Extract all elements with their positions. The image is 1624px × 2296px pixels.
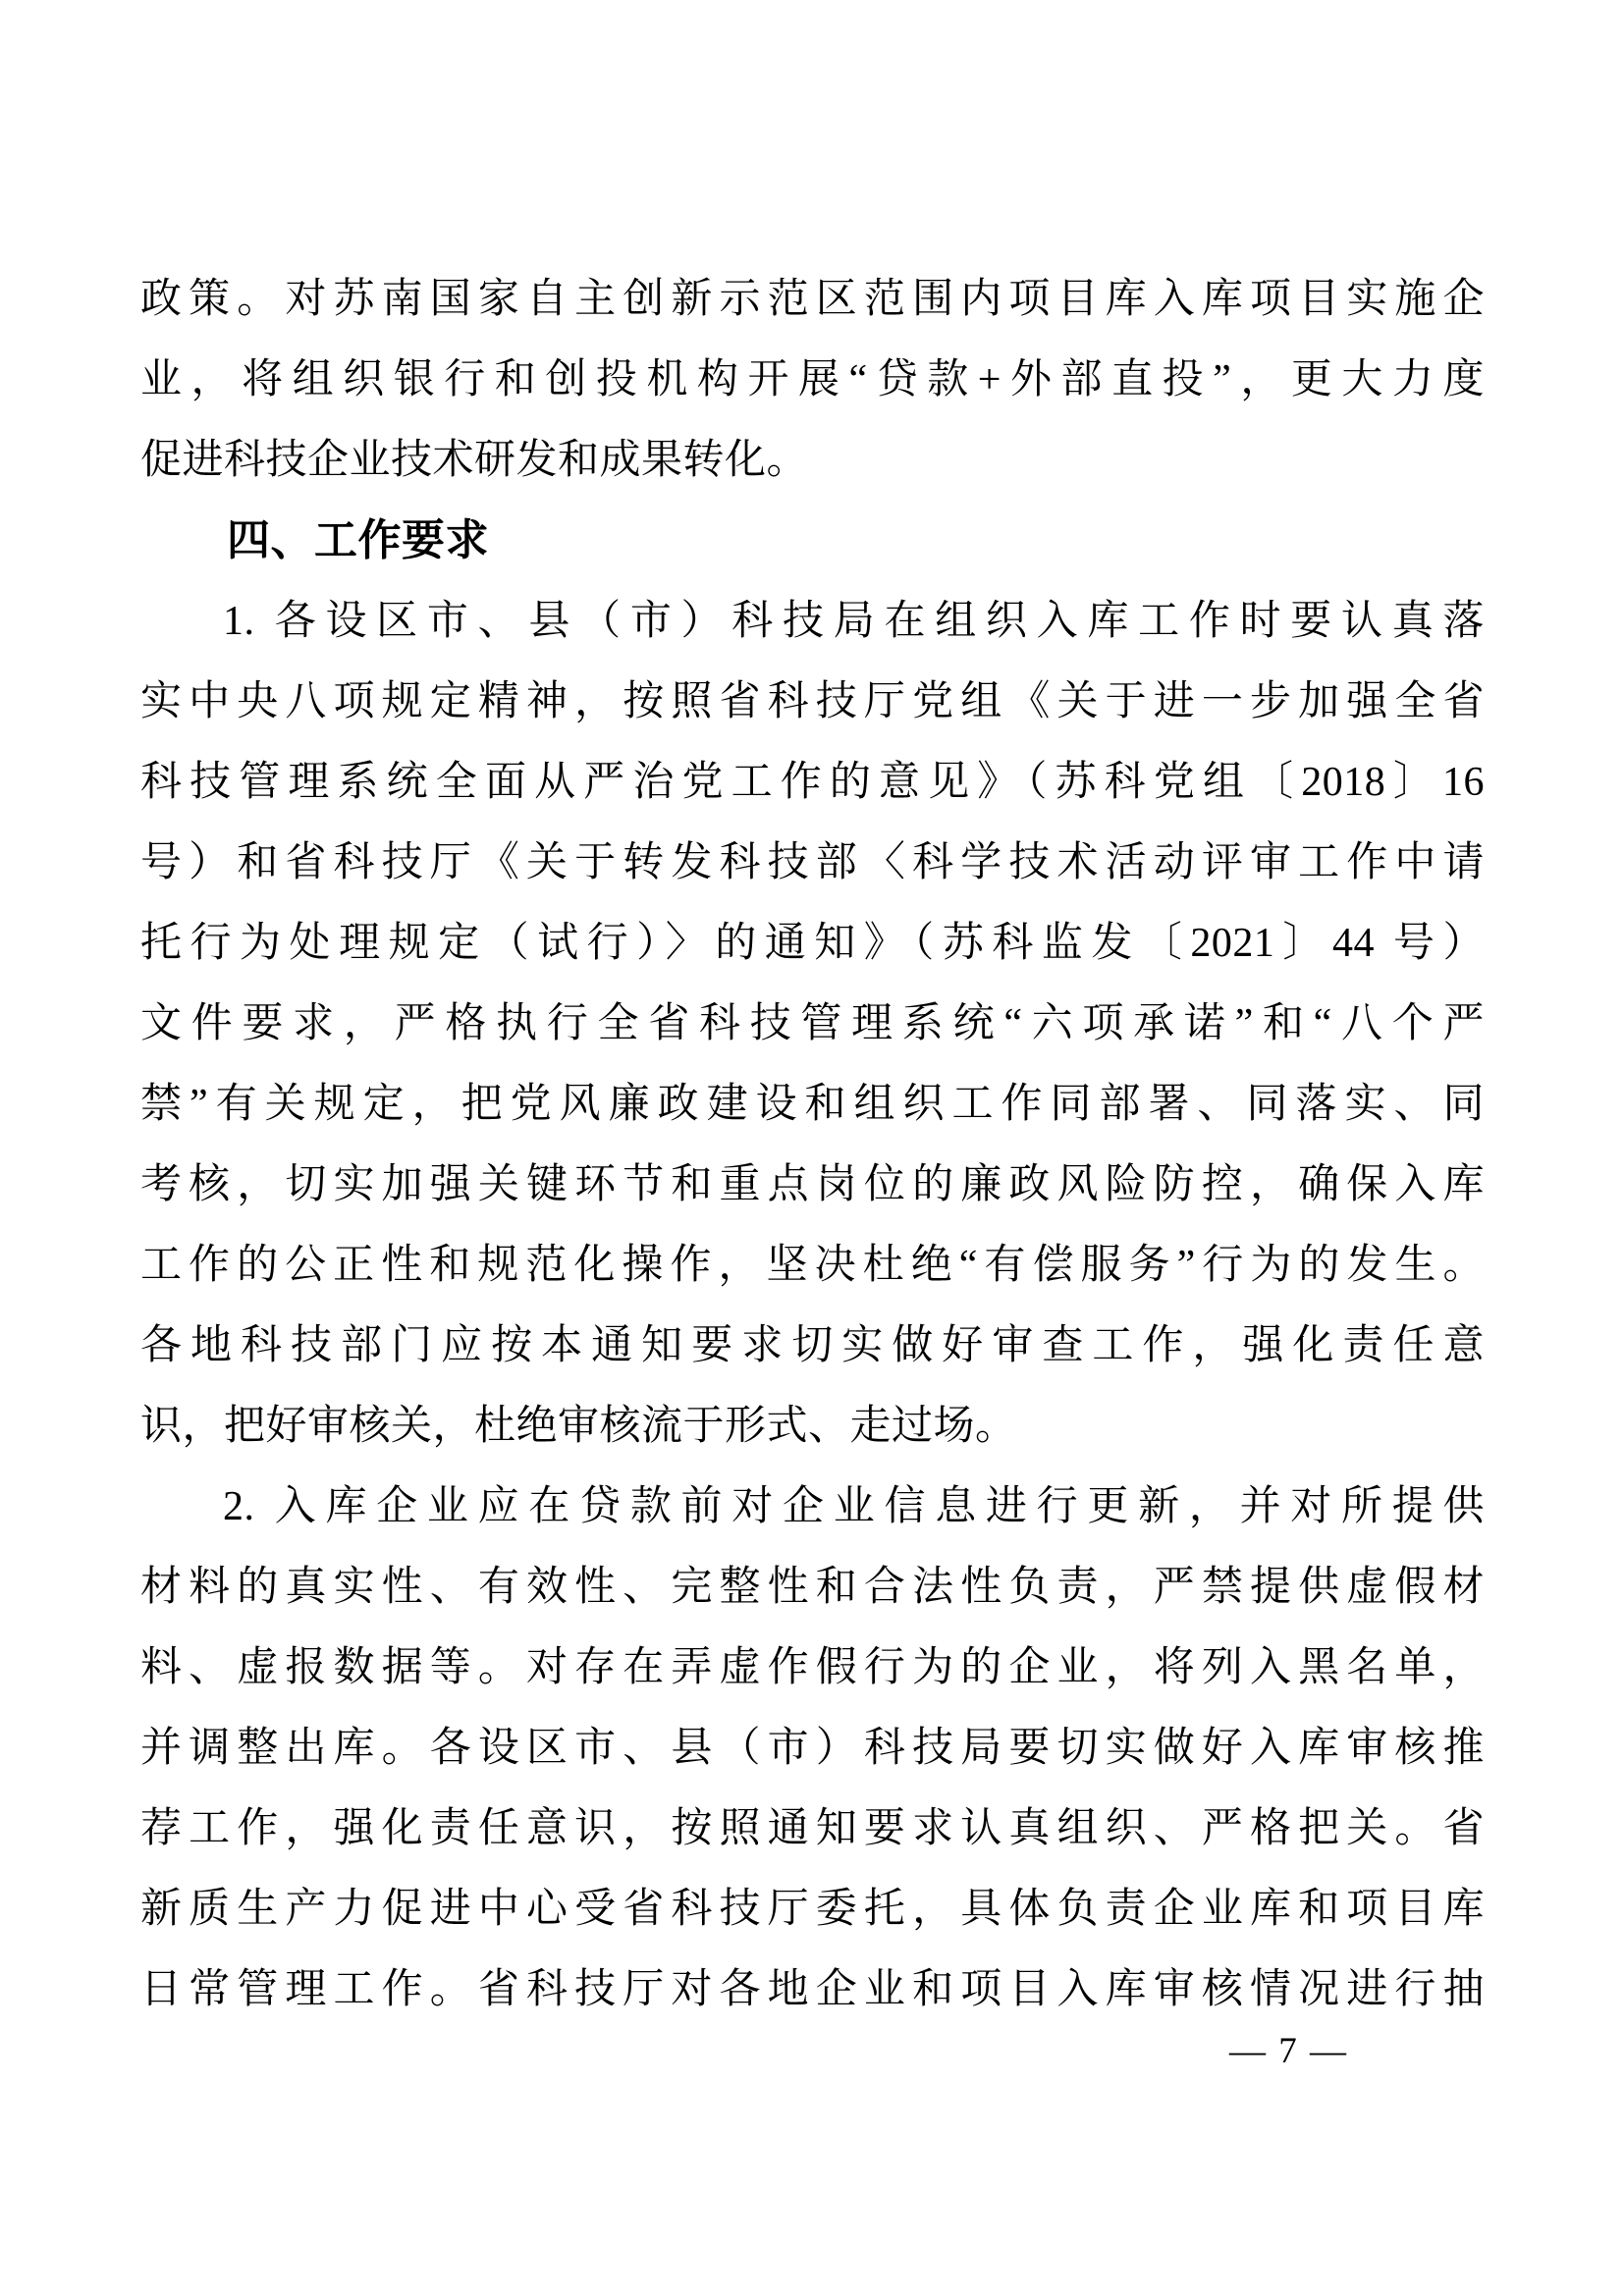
text-line: 科技管理系统全面从严治党工作的意见》（苏科党组〔2018〕16 bbox=[140, 742, 1485, 823]
text-line: 2. 入库企业应在贷款前对企业信息进行更新，并对所提供 bbox=[140, 1467, 1485, 1547]
text-line: 考核，切实加强关键环节和重点岗位的廉政风险防控，确保入库 bbox=[140, 1145, 1485, 1225]
text-line: 识，把好审核关，杜绝审核流于形式、走过场。 bbox=[140, 1386, 1485, 1467]
text-line: 托行为处理规定（试行）〉的通知》（苏科监发〔2021〕44 号） bbox=[140, 903, 1485, 984]
text-line: 各地科技部门应按本通知要求切实做好审查工作，强化责任意 bbox=[140, 1306, 1485, 1386]
page-number: — 7 — bbox=[1229, 2030, 1348, 2073]
text-line: 日常管理工作。省科技厅对各地企业和项目入库审核情况进行抽 bbox=[140, 1949, 1485, 2030]
text-line: 禁”有关规定，把党风廉政建设和组织工作同部署、同落实、同 bbox=[140, 1064, 1485, 1145]
document-page: 政策。对苏南国家自主创新示范区范围内项目库入库项目实施企 业，将组织银行和创投机… bbox=[0, 0, 1624, 2296]
text-line: 料、虚报数据等。对存在弄虚作假行为的企业，将列入黑名单， bbox=[140, 1628, 1485, 1708]
text-line: 材料的真实性、有效性、完整性和合法性负责，严禁提供虚假材 bbox=[140, 1547, 1485, 1628]
text-line: 1. 各设区市、县（市）科技局在组织入库工作时要认真落 bbox=[140, 581, 1485, 662]
text-line: 新质生产力促进中心受省科技厅委托，具体负责企业库和项目库 bbox=[140, 1869, 1485, 1949]
text-line: 并调整出库。各设区市、县（市）科技局要切实做好入库审核推 bbox=[140, 1708, 1485, 1789]
text-line: 促进科技企业技术研发和成果转化。 bbox=[140, 420, 1485, 501]
text-line: 业，将组织银行和创投机构开展“贷款+外部直投”，更大力度 bbox=[140, 340, 1485, 420]
text-line: 实中央八项规定精神，按照省科技厅党组《关于进一步加强全省 bbox=[140, 662, 1485, 742]
text-line: 号）和省科技厅《关于转发科技部〈科学技术活动评审工作中请 bbox=[140, 823, 1485, 903]
text-line: 荐工作，强化责任意识，按照通知要求认真组织、严格把关。省 bbox=[140, 1789, 1485, 1869]
section-heading: 四、工作要求 bbox=[140, 501, 1485, 581]
text-line: 政策。对苏南国家自主创新示范区范围内项目库入库项目实施企 bbox=[140, 259, 1485, 340]
text-line: 工作的公正性和规范化操作，坚决杜绝“有偿服务”行为的发生。 bbox=[140, 1225, 1485, 1306]
text-line: 文件要求，严格执行全省科技管理系统“六项承诺”和“八个严 bbox=[140, 984, 1485, 1064]
document-body: 政策。对苏南国家自主创新示范区范围内项目库入库项目实施企 业，将组织银行和创投机… bbox=[140, 259, 1485, 2030]
